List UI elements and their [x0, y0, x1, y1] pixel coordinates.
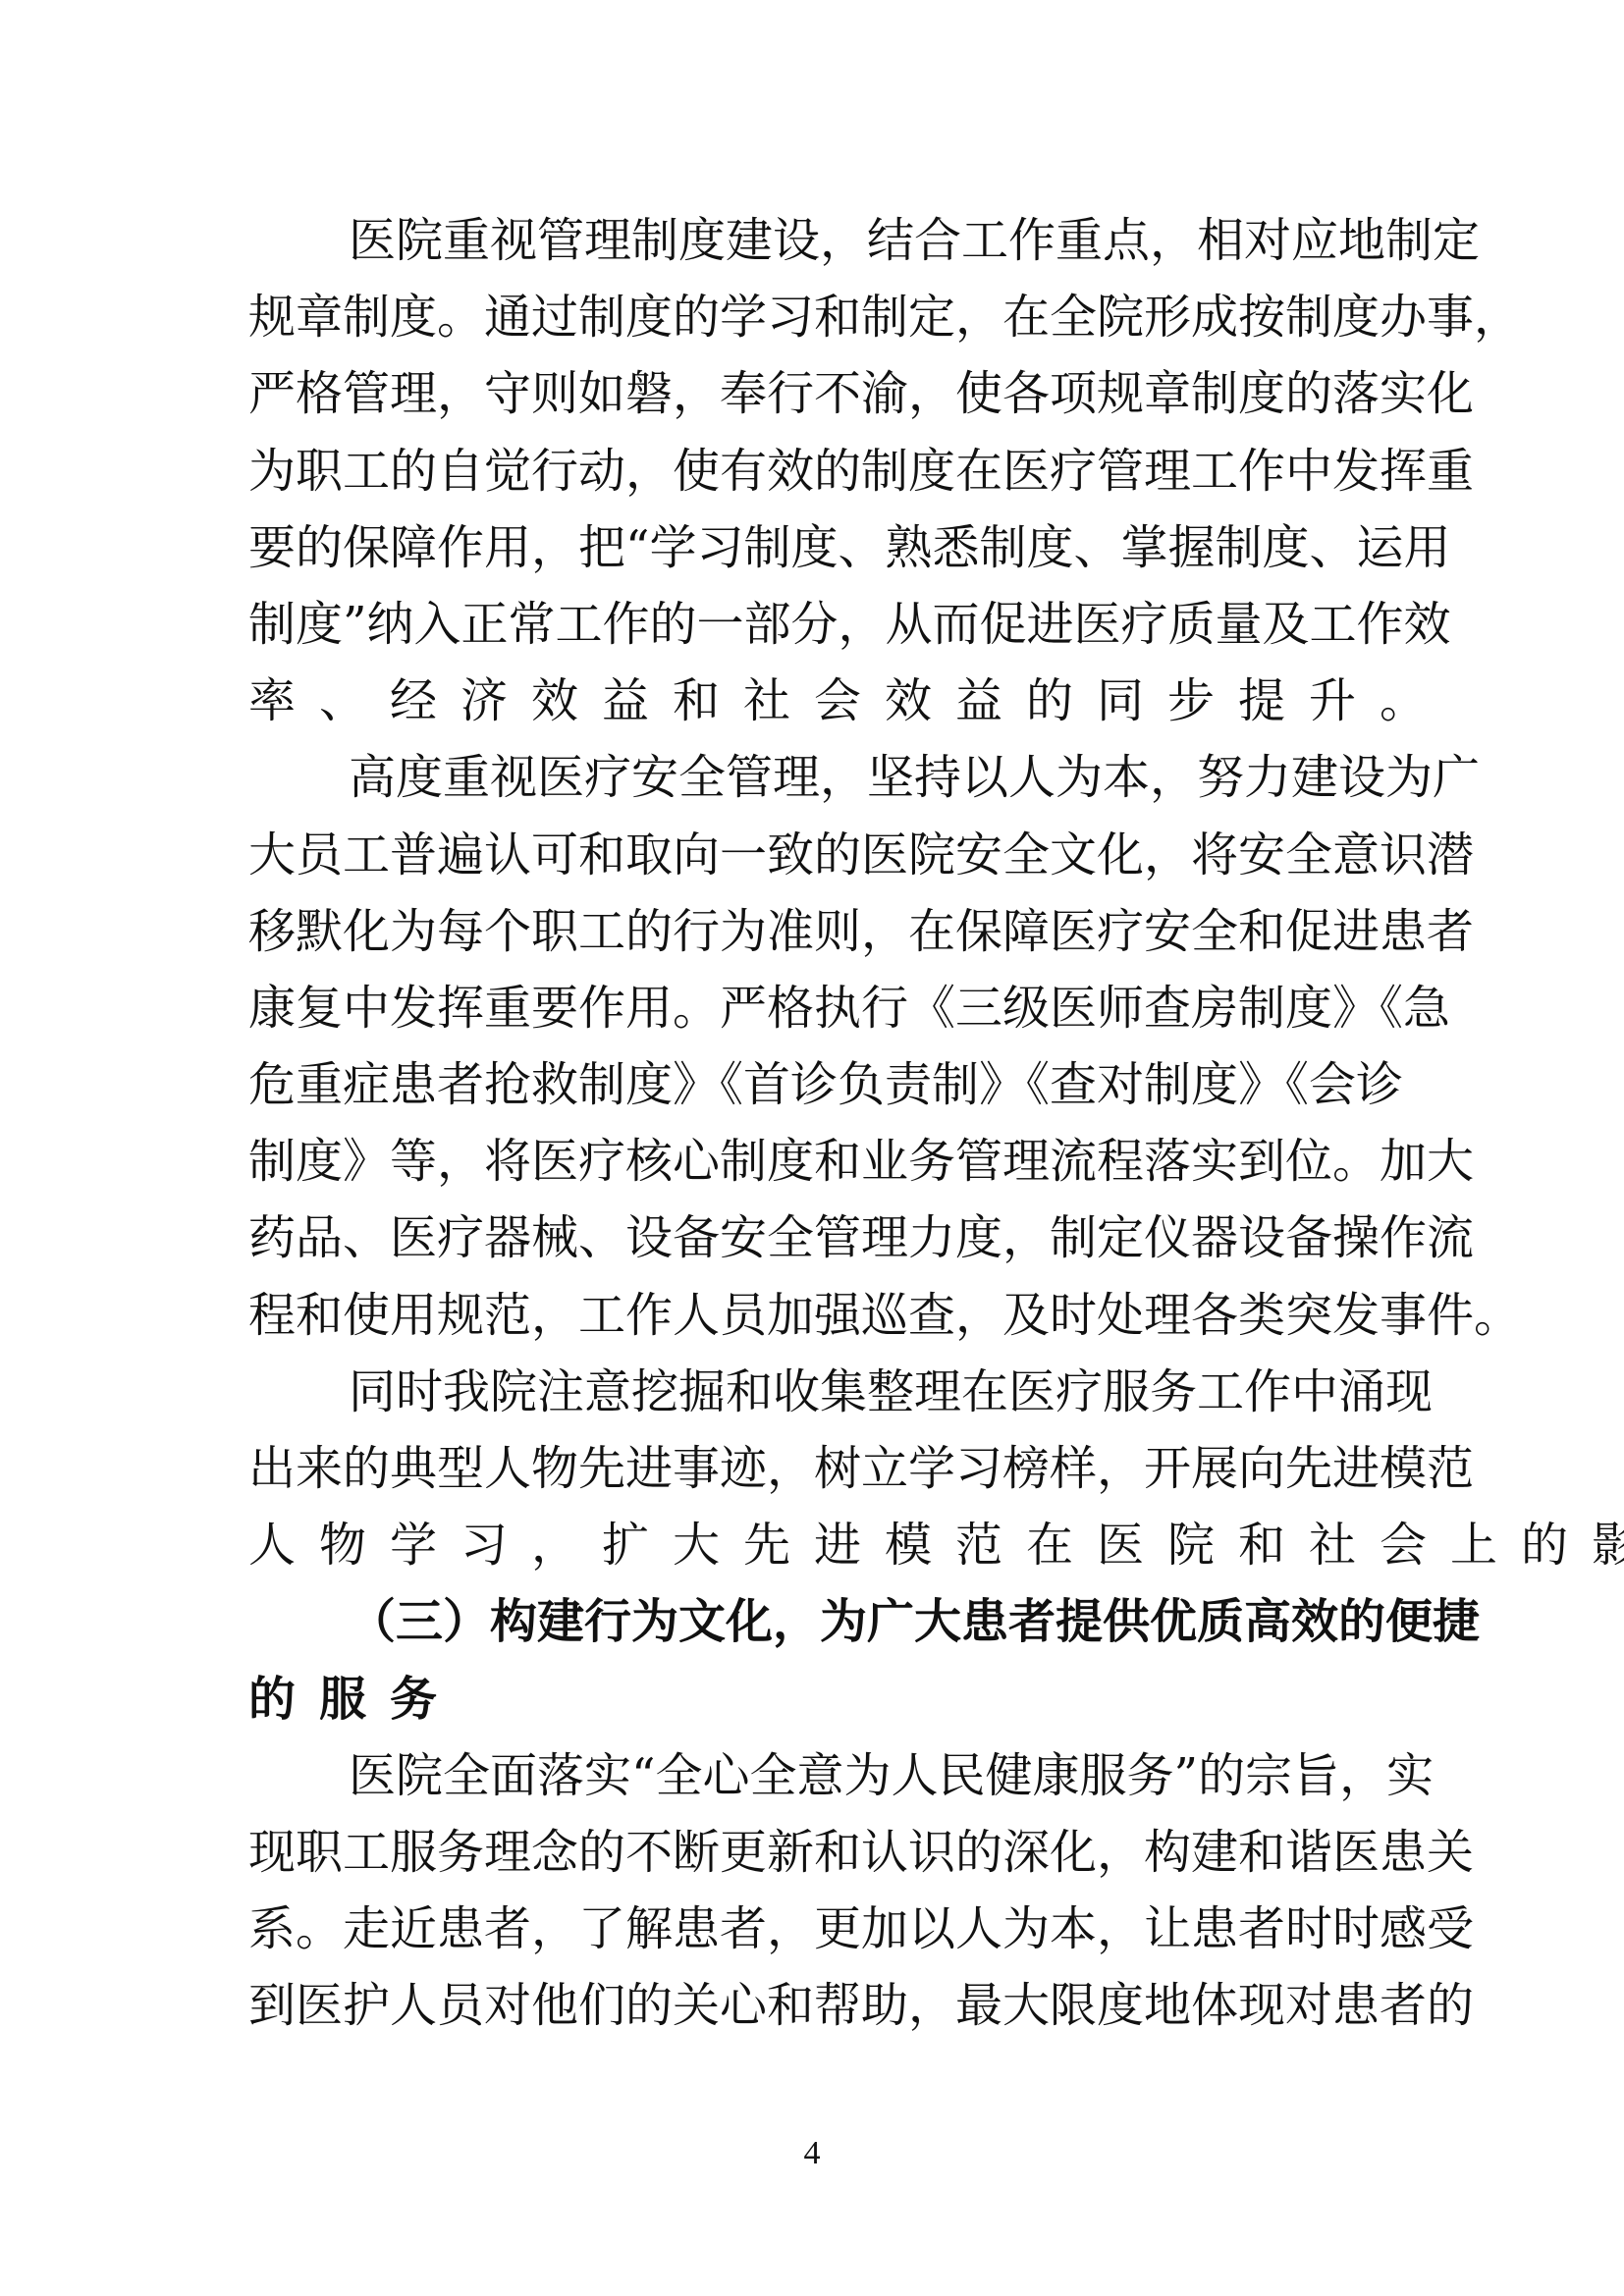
text-line: 医院全面落实“全心全意为人民健康服务”的宗旨，实: [248, 1737, 1387, 1814]
text-line: 严格管理，守则如磐，奉行不渝，使各项规章制度的落实化: [248, 355, 1387, 432]
text-line: 为职工的自觉行动，使有效的制度在医疗管理工作中发挥重: [248, 433, 1387, 509]
paragraph-management-system: 医院重视管理制度建设，结合工作重点，相对应地制定 规章制度。通过制度的学习和制定…: [248, 202, 1387, 739]
heading-line: （三）构建行为文化，为广大患者提供优质高效的便捷: [248, 1583, 1387, 1660]
text-line: 移默化为每个职工的行为准则，在保障医疗安全和促进患者: [248, 893, 1387, 970]
text-line: 制度》等，将医疗核心制度和业务管理流程落实到位。加大: [248, 1123, 1387, 1200]
text-line: 康复中发挥重要作用。严格执行《三级医师查房制度》《急: [248, 970, 1387, 1046]
text-line: 危重症患者抢救制度》《首诊负责制》《查对制度》《会诊: [248, 1046, 1387, 1123]
text-line: 到医护人员对他们的关心和帮助，最大限度地体现对患者的: [248, 1967, 1387, 2044]
text-line: 系。走近患者，了解患者，更加以人为本，让患者时时感受: [248, 1891, 1387, 1967]
text-line: 率、经济效益和社会效益的同步提升。: [248, 663, 1387, 739]
text-line: 出来的典型人物先进事迹，树立学习榜样，开展向先进模范: [248, 1430, 1387, 1507]
heading-line: 的服务: [248, 1661, 1387, 1737]
paragraph-role-models: 同时我院注意挖掘和收集整理在医疗服务工作中涌现 出来的典型人物先进事迹，树立学习…: [248, 1354, 1387, 1584]
text-line: 医院重视管理制度建设，结合工作重点，相对应地制定: [248, 202, 1387, 279]
text-line: 现职工服务理念的不断更新和认识的深化，构建和谐医患关: [248, 1814, 1387, 1891]
text-line: 要的保障作用，把“学习制度、熟悉制度、掌握制度、运用: [248, 509, 1387, 586]
text-line: 药品、医疗器械、设备安全管理力度，制定仪器设备操作流: [248, 1200, 1387, 1276]
text-line: 大员工普遍认可和取向一致的医院安全文化，将安全意识潜: [248, 817, 1387, 893]
text-line: 人物学习，扩大先进模范在医院和社会上的影响。: [248, 1507, 1387, 1583]
text-line: 高度重视医疗安全管理，坚持以人为本，努力建设为广: [248, 739, 1387, 816]
text-line: 同时我院注意挖掘和收集整理在医疗服务工作中涌现: [248, 1354, 1387, 1430]
paragraph-safety-management: 高度重视医疗安全管理，坚持以人为本，努力建设为广 大员工普遍认可和取向一致的医院…: [248, 739, 1387, 1354]
text-line: 程和使用规范，工作人员加强巡查，及时处理各类突发事件。: [248, 1277, 1387, 1354]
section-heading: （三）构建行为文化，为广大患者提供优质高效的便捷 的服务: [248, 1583, 1387, 1736]
document-page: 医院重视管理制度建设，结合工作重点，相对应地制定 规章制度。通过制度的学习和制定…: [0, 0, 1624, 2296]
body-text: 医院重视管理制度建设，结合工作重点，相对应地制定 规章制度。通过制度的学习和制定…: [248, 202, 1387, 2045]
text-line: 规章制度。通过制度的学习和制定，在全院形成按制度办事，: [248, 279, 1387, 355]
text-line: 制度”纳入正常工作的一部分，从而促进医疗质量及工作效: [248, 586, 1387, 663]
page-number: 4: [0, 2135, 1624, 2172]
paragraph-service-purpose: 医院全面落实“全心全意为人民健康服务”的宗旨，实 现职工服务理念的不断更新和认识…: [248, 1737, 1387, 2045]
